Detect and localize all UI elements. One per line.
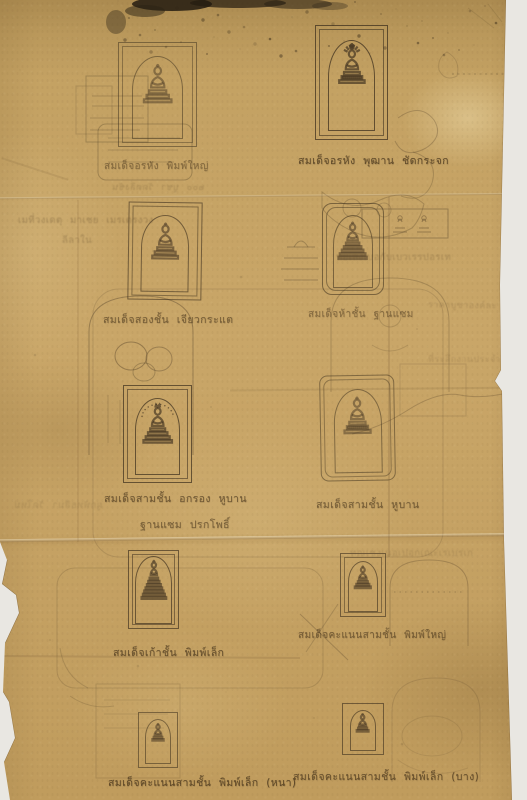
ghost-print-layer [0, 0, 527, 800]
ghost-swirl [395, 110, 438, 152]
amulet-caption: สมเด็จห้าชั้น ฐานแซม [308, 307, 414, 322]
ghost-leaf [439, 52, 458, 78]
fold-crease-vertical [77, 200, 79, 542]
faint-text-mirrored: ๒๐๐ บูชา วัดตลิ่งชัน [112, 180, 204, 194]
amulet-somdej-kao-chan-pim-lek [128, 550, 179, 629]
ink-blob [125, 5, 165, 17]
ghost-oval [115, 342, 147, 370]
ghost-curve [372, 345, 408, 351]
amulet-caption: สมเด็จสองชั้น เจียวกระแต [103, 311, 233, 328]
seated-buddha-icon [136, 558, 172, 612]
faint-text: ทยเลงเบอกับเบวเรรปอรเท [336, 250, 451, 265]
fold-crease-horizontal [0, 193, 527, 200]
seated-buddha-icon [334, 218, 371, 274]
seated-buddha-icon [134, 59, 181, 130]
amulet-caption: สมเด็จอรหัง พิมพ์ใหญ่ [104, 159, 209, 174]
faint-text: ลีลาใน [62, 233, 92, 248]
mini-buddha-icon [422, 216, 426, 220]
faint-text: ราคาบูชาองค์ละ [428, 297, 497, 312]
amulet-somdej-sam-chan-ok-rong [123, 385, 192, 483]
mini-buddha-icon [398, 216, 402, 220]
amulet-caption: สมเด็จคะแนนสามชั้น พิมพ์เล็ก (หนา) [108, 774, 296, 791]
mini-buddha-icon [417, 219, 431, 232]
paper-sheet: สมเด็จอรหัง พิมพ์ใหญ่ สมเด็จอรหัง พุฒาน … [0, 0, 527, 800]
amulet-somdej-khanaen-pim-lek-bang [342, 703, 384, 755]
amulet-somdej-sam-chan-hu-ban [319, 374, 396, 481]
amulet-somdej-arahang-pim-yai [118, 42, 197, 147]
amulet-caption: สมเด็จสามชั้น อกรอง หูบาน [104, 490, 247, 507]
seated-buddha-icon [334, 392, 380, 460]
seated-buddha-icon [137, 401, 178, 463]
torn-edge-shading [2, 560, 19, 643]
ink-blob [132, 0, 212, 11]
faint-text-mirrored: ผูกพัทธสีมา วัดใหม่ [14, 498, 102, 513]
ink-blob [106, 10, 126, 34]
ghost-large-frame [57, 568, 323, 688]
seated-buddha-icon [330, 43, 374, 109]
faint-text: เมที่วงเดตุ มาเชย เมรเตรงวง [18, 213, 154, 228]
ghost-bell-outline [392, 678, 480, 782]
amulet-somdej-khanaen-sam-chan-pim-yai [340, 553, 386, 617]
faint-text: ทณเชงเนอเปอกเณะเรเบรเก [350, 546, 473, 561]
ghost-oval [133, 363, 155, 381]
paper-right-edge [495, 0, 512, 800]
fold-crease-horizontal [0, 533, 527, 542]
amulet-caption: สมเด็จเก้าชั้น พิมพ์เล็ก [113, 644, 224, 661]
amulet-caption: สมเด็จคะแนนสามชั้น พิมพ์เล็ก (บาง) [293, 768, 479, 785]
amulet-somdej-khanaen-pim-lek-na [138, 712, 178, 768]
ghost-curve [60, 648, 114, 707]
amulet-somdej-ha-chan-than-saem [322, 203, 384, 295]
ghost-oval [402, 716, 462, 756]
scanned-amulet-sheet: สมเด็จอรหัง พิมพ์ใหญ่ สมเด็จอรหัง พุฒาน … [0, 0, 527, 800]
amulet-caption: สมเด็จสามชั้น หูบาน [316, 496, 419, 513]
ink-blob [312, 2, 348, 10]
ghost-lines [468, 4, 502, 28]
seated-buddha-icon [349, 563, 377, 604]
torn-edge-shading [3, 692, 15, 762]
paper-grain-texture [0, 0, 527, 800]
ghost-box [76, 86, 112, 134]
ghost-dome [294, 241, 308, 247]
amulet-somdej-arahang-kradjok [315, 25, 388, 140]
faint-text: ที่ระลึกงานประจำปี [428, 352, 507, 366]
ghost-lines [108, 395, 120, 444]
amulet-caption: สมเด็จอรหัง พุฒาน ชัดกระจก [298, 152, 449, 169]
amulet-caption: สมเด็จคะแนนสามชั้น พิมพ์ใหญ่ [298, 628, 446, 643]
ink-smear-top [0, 0, 527, 800]
amulet-caption-line2: ฐานแซม ปรกโพธิ์ [140, 516, 230, 533]
ghost-oval [146, 347, 172, 371]
ink-blob [264, 0, 332, 9]
seated-buddha-icon [350, 711, 375, 749]
ghost-box [400, 364, 466, 416]
seated-buddha-icon [146, 721, 170, 757]
mini-buddha-icon [393, 219, 407, 232]
fold-crease-diagonal [1, 157, 68, 180]
ink-blob [190, 0, 286, 8]
ghost-tier-stack [281, 247, 319, 280]
